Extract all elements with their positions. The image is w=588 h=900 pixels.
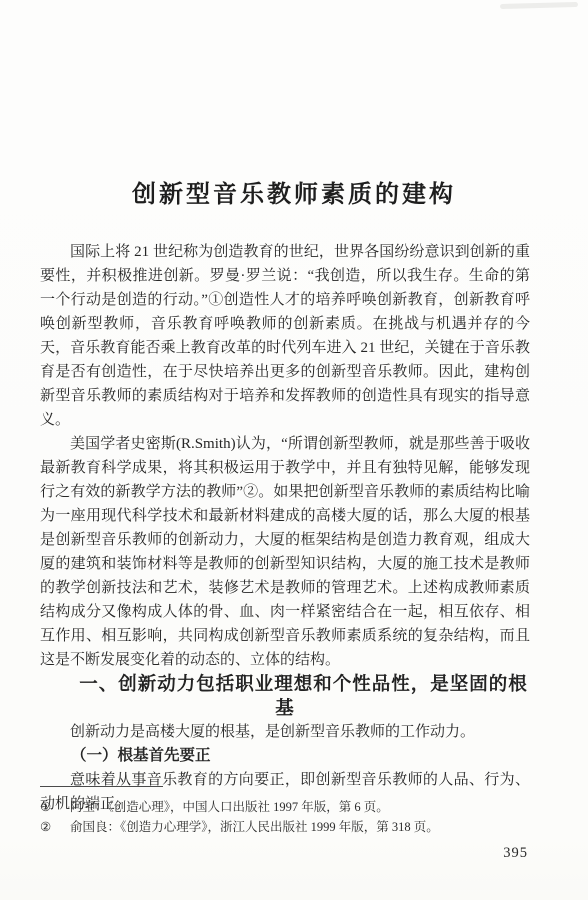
footnote-separator-rule — [40, 786, 163, 787]
article-title: 创新型音乐教师素质的建构 — [0, 174, 588, 209]
footnote-2-text: 俞国良：《创造力心理学》，浙江人民出版社 1999 年版，第 318 页。 — [70, 817, 530, 837]
scan-artifact — [500, 2, 578, 9]
footnote-1: ① 阿宝：《创造心理》，中国人口出版社 1997 年版，第 6 页。 — [40, 797, 530, 817]
footnote-2-marker: ② — [40, 817, 70, 837]
paragraph-2: 美国学者史密斯(R.Smith)认为，“所谓创新型教师，就是那些善于吸收最新教育… — [40, 432, 530, 672]
paragraph-1: 国际上将 21 世纪称为创造教育的世纪，世界各国纷纷意识到创新的重要性，并积极推… — [40, 240, 530, 432]
footnote-2: ② 俞国良：《创造力心理学》，浙江人民出版社 1999 年版，第 318 页。 — [40, 817, 530, 837]
section-1-heading: 一、创新动力包括职业理想和个性品性，是坚固的根基 — [40, 672, 530, 720]
page-number: 395 — [40, 845, 528, 862]
article-body: 国际上将 21 世纪称为创造教育的世纪，世界各国纷纷意识到创新的重要性，并积极推… — [40, 240, 530, 816]
subsection-1-heading: （一）根基首先要正 — [40, 744, 530, 768]
footnote-1-marker: ① — [40, 797, 70, 817]
footnotes: ① 阿宝：《创造心理》，中国人口出版社 1997 年版，第 6 页。 ② 俞国良… — [40, 786, 530, 837]
footnote-1-text: 阿宝：《创造心理》，中国人口出版社 1997 年版，第 6 页。 — [70, 797, 530, 817]
book-page: 创新型音乐教师素质的建构 国际上将 21 世纪称为创造教育的世纪，世界各国纷纷意… — [0, 0, 588, 900]
section-1-paragraph: 创新动力是高楼大厦的根基，是创新型音乐教师的工作动力。 — [40, 720, 530, 744]
